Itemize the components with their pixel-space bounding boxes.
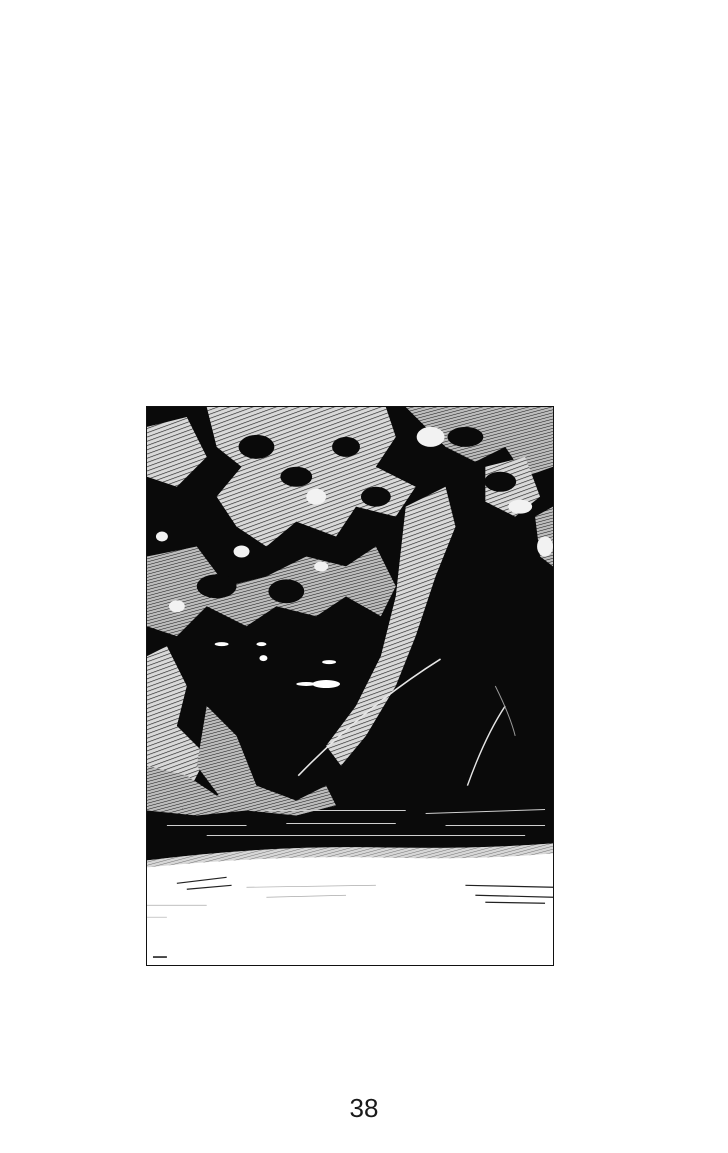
comic-panel	[146, 406, 554, 966]
page-number: 38	[0, 1093, 728, 1124]
forest-illustration	[147, 407, 553, 965]
